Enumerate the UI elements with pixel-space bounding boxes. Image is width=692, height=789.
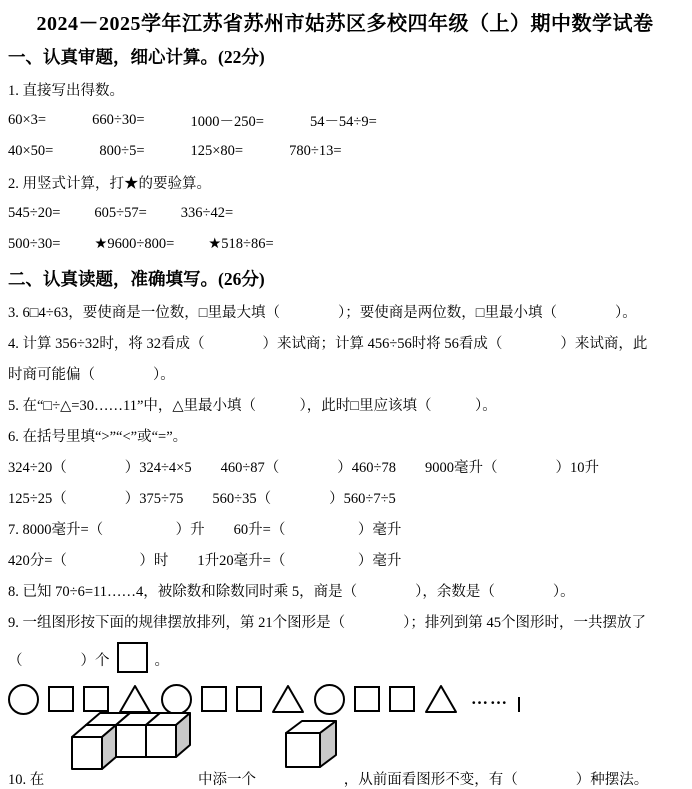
q1-expression: 125×80=	[191, 143, 244, 160]
square-shape-icon	[117, 642, 148, 673]
q1-expression: 780÷13=	[289, 143, 341, 160]
q1-expression: 660÷30=	[92, 112, 144, 129]
square-shape-icon	[354, 686, 380, 712]
q10-suffix: ，从前面看图形不变，有（ ）种摆法。	[344, 768, 649, 789]
q1-label: 1. 直接写出得数。	[8, 74, 682, 105]
q10-prefix: 10. 在	[8, 768, 44, 789]
q2-expression: 605÷57=	[94, 205, 146, 222]
q3-text: 3. 6□4÷63，要使商是一位数，□里最大填（ ）；要使商是两位数，□里最小填…	[8, 296, 682, 327]
single-cube-figure	[260, 696, 340, 789]
q1-expression: 40×50=	[8, 143, 53, 160]
triangle-shape-icon	[424, 684, 458, 714]
cursor-artifact	[518, 697, 520, 712]
q10-row: 10. 在	[8, 717, 682, 789]
q9-suffix: 。	[155, 649, 170, 670]
q2-label: 2. 用竖式计算，打★的要验算。	[8, 167, 682, 198]
q2-expression: 545÷20=	[8, 205, 60, 222]
q1-row1: 60×3= 660÷30= 1000－250= 54－54÷9=	[8, 105, 682, 136]
q1-expression: 1000－250=	[191, 110, 264, 131]
q7-text-line2: 420分=（ ）时 1升20毫升=（ ）毫升	[8, 544, 682, 575]
square-shape-icon	[389, 686, 415, 712]
q2-row2: 500÷30= ★9600÷800= ★518÷86=	[8, 229, 682, 260]
q9-text-line1: 9. 一组图形按下面的规律摆放排列，第 21个图形是（ ）；排列到第 45个图形…	[8, 606, 682, 637]
page-title: 2024－2025学年江苏省苏州市姑苏区多校四年级（上）期中数学试卷	[8, 4, 682, 38]
q4-text-line1: 4. 计算 356÷32时，将 32看成（ ）来试商；计算 456÷56时将 5…	[8, 327, 682, 358]
section2-heading: 二、认真读题，准确填写。(26分)	[8, 260, 682, 296]
exam-paper: 2024－2025学年江苏省苏州市姑苏区多校四年级（上）期中数学试卷 一、认真审…	[0, 0, 692, 789]
cube-arrangement-figure	[48, 688, 194, 789]
q1-expression: 60×3=	[8, 112, 46, 129]
square-shape-icon	[201, 686, 227, 712]
section1-heading: 一、认真审题，细心计算。(22分)	[8, 38, 682, 74]
q7-text-line1: 7. 8000毫升=（ ）升 60升=（ ）毫升	[8, 513, 682, 544]
q9-text-line2: （ ）个 。	[8, 637, 682, 681]
q1-expression: 800÷5=	[99, 143, 144, 160]
q6-compare-row2: 125÷25（ ）375÷75 560÷35（ ）560÷7÷5	[8, 482, 682, 513]
q2-expression-starred: ★9600÷800=	[94, 236, 174, 253]
q2-expression: 500÷30=	[8, 236, 60, 253]
square-shape-icon	[236, 686, 262, 712]
q4-text-line2: 时商可能偏（ ）。	[8, 358, 682, 389]
q2-expression: 336÷42=	[181, 205, 233, 222]
q2-row1: 545÷20= 605÷57= 336÷42=	[8, 198, 682, 229]
q8-text: 8. 已知 70÷6=11……4，被除数和除数同时乘 5，商是（ ），余数是（ …	[8, 575, 682, 606]
q1-expression: 54－54÷9=	[310, 110, 377, 131]
q10-mid-text: 中添一个	[198, 768, 256, 789]
q9-blank-prefix: （ ）个	[8, 649, 110, 670]
q2-expression-starred: ★518÷86=	[208, 236, 273, 253]
circle-shape-icon	[8, 684, 39, 715]
q6-compare-row1: 324÷20（ ）324÷4×5 460÷87（ ）460÷78 9000毫升（…	[8, 451, 682, 482]
q5-text: 5. 在“□÷△=30……11”中，△里最小填（ ），此时□里应该填（ ）。	[8, 389, 682, 420]
q1-row2: 40×50= 800÷5= 125×80= 780÷13=	[8, 136, 682, 167]
q6-label: 6. 在括号里填“>”“<”或“=”。	[8, 420, 682, 451]
sequence-ellipsis: ……	[471, 689, 509, 709]
